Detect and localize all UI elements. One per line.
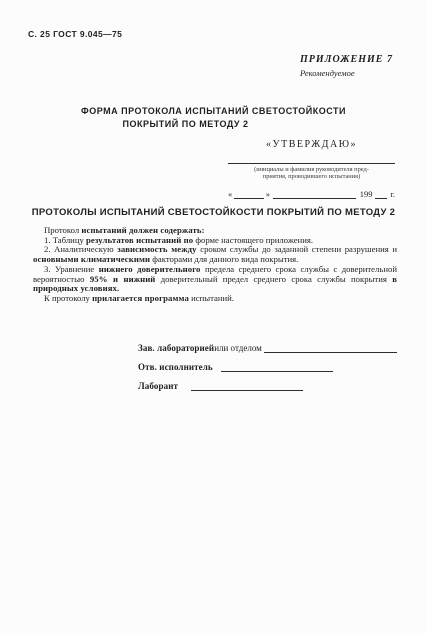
text-segment: доверительный предел среднего срока служ… [155, 274, 392, 284]
form-title-line2: ПОКРЫТИЙ ПО МЕТОДУ 2 [0, 118, 399, 131]
date-line: « » 199 г. [228, 189, 395, 199]
signature-blank-line [221, 363, 333, 372]
text-segment: 3. Уравнение [44, 264, 99, 274]
appendix-block: ПРИЛОЖЕНИЕ 7 Рекомендуемое [300, 54, 393, 78]
signature-rule [228, 163, 395, 164]
text-segment: факторами для данного вида покрытия. [150, 254, 298, 264]
form-title: ФОРМА ПРОТОКОЛА ИСПЫТАНИЙ СВЕТОСТОЙКОСТИ… [0, 105, 427, 131]
approval-label: «УТВЕРЖДАЮ» [228, 139, 395, 150]
text-segment: зависимость между [117, 244, 196, 254]
approval-caption: (инициалы и фамилия руководителя пред- п… [228, 166, 395, 180]
text-segment: основными климатическими [33, 254, 150, 264]
signature-label-bold: Лаборант [138, 381, 178, 391]
document-page: С. 25 ГОСТ 9.045—75 ПРИЛОЖЕНИЕ 7 Рекомен… [0, 0, 427, 633]
signature-label-bold: Отв. исполнитель [138, 362, 213, 372]
date-month-blank [273, 190, 356, 199]
signature-block: Зав. лабораторией или отделом Отв. испол… [138, 342, 397, 399]
text-segment: К протоколу [44, 293, 92, 303]
text-segment: испытаний должен содержать: [81, 225, 204, 235]
text-segment: нижнего доверительного [99, 264, 201, 274]
text-segment: 1. Таблицу [44, 235, 86, 245]
text-segment: форме настоящего приложения. [193, 235, 313, 245]
paragraph-note: К протоколу прилагается программа испыта… [33, 294, 397, 304]
approval-block: «УТВЕРЖДАЮ» (инициалы и фамилия руководи… [228, 139, 395, 199]
approval-caption-line1: (инициалы и фамилия руководителя пред- [228, 166, 395, 173]
signature-row-responsible-executor: Отв. исполнитель [138, 361, 397, 372]
text-segment: испытаний. [189, 293, 234, 303]
signature-row-head-of-lab: Зав. лабораторией или отделом [138, 342, 397, 353]
paragraph-item-2: 2. Аналитическую зависимость между сроко… [33, 245, 397, 264]
date-year-prefix: 199 [360, 189, 373, 199]
date-day-blank [234, 190, 264, 199]
appendix-subtitle: Рекомендуемое [300, 68, 393, 78]
text-segment: 2. Аналитическую [44, 244, 117, 254]
approval-caption-line2: приятия, проводившего испытания) [228, 173, 395, 180]
text-segment: результатов испытаний по [86, 235, 193, 245]
page-header-gost-number: С. 25 ГОСТ 9.045—75 [28, 29, 122, 39]
form-title-line1: ФОРМА ПРОТОКОЛА ИСПЫТАНИЙ СВЕТОСТОЙКОСТИ [0, 105, 427, 118]
signature-blank-line [191, 382, 303, 391]
text-segment: 95% и нижний [90, 274, 156, 284]
text-segment: прилагается программа [92, 293, 189, 303]
appendix-title: ПРИЛОЖЕНИЕ 7 [300, 54, 393, 65]
text-segment: сроком службы до заданной степени разруш… [197, 244, 397, 254]
date-open-quote: « [228, 189, 232, 199]
date-close-quote: » [266, 189, 270, 199]
date-year-blank [375, 190, 388, 199]
protocol-body: Протокол испытаний должен содержать: 1. … [33, 226, 397, 304]
date-year-suffix: г. [390, 189, 395, 199]
signature-label-rest: или отделом [214, 343, 262, 353]
signature-label-bold: Зав. лабораторией [138, 343, 214, 353]
signature-row-lab-assistant: Лаборант [138, 380, 397, 391]
text-segment: Протокол [44, 225, 81, 235]
main-heading: ПРОТОКОЛЫ ИСПЫТАНИЙ СВЕТОСТОЙКОСТИ ПОКРЫ… [0, 207, 427, 218]
paragraph-item-3: 3. Уравнение нижнего доверительного пред… [33, 265, 397, 294]
signature-blank-line [264, 344, 397, 353]
